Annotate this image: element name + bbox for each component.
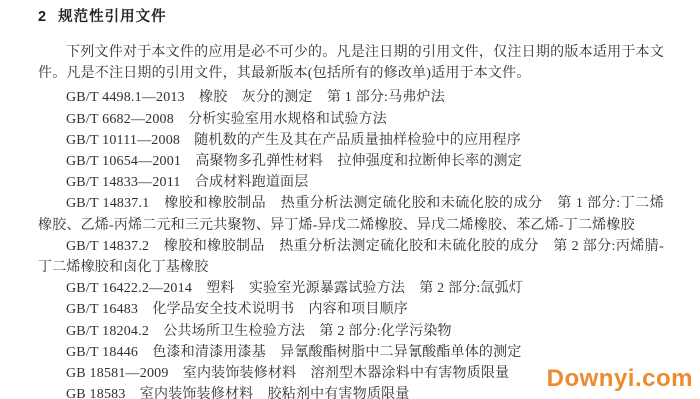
document-page: 2规范性引用文件 下列文件对于本文件的应用是必不可少的。凡是注日期的引用文件，仅… (0, 0, 700, 399)
references-list: GB/T 4498.1—2013 橡胶 灰分的测定 第 1 部分:马弗炉法 GB… (38, 87, 664, 399)
reference-item: GB/T 6682—2008 分析实验室用水规格和试验方法 (38, 109, 664, 130)
reference-item: GB/T 18204.2 公共场所卫生检验方法 第 2 部分:化学污染物 (38, 321, 664, 342)
reference-item: GB/T 16483 化学品安全技术说明书 内容和项目顺序 (38, 299, 664, 320)
reference-item: GB/T 14837.1 橡胶和橡胶制品 热重分析法测定硫化胶和未硫化胶的成分 … (38, 193, 664, 235)
section-heading: 2规范性引用文件 (38, 8, 664, 26)
page-content: 2规范性引用文件 下列文件对于本文件的应用是必不可少的。凡是注日期的引用文件，仅… (38, 8, 664, 399)
reference-item: GB/T 18446 色漆和清漆用漆基 异氰酸酯树脂中二异氰酸酯单体的测定 (38, 342, 664, 363)
reference-item: GB/T 16422.2—2014 塑料 实验室光源暴露试验方法 第 2 部分:… (38, 278, 664, 299)
reference-item: GB/T 10654—2001 高聚物多孔弹性材料 拉伸强度和拉断伸长率的测定 (38, 151, 664, 172)
watermark: Downyi.com (547, 367, 693, 391)
intro-paragraph: 下列文件对于本文件的应用是必不可少的。凡是注日期的引用文件，仅注日期的版本适用于… (38, 42, 664, 84)
reference-item: GB/T 10111—2008 随机数的产生及其在产品质量抽样检验中的应用程序 (38, 130, 664, 151)
reference-item: GB/T 14833—2011 合成材料跑道面层 (38, 172, 664, 193)
section-number: 2 (38, 9, 46, 25)
section-body: 下列文件对于本文件的应用是必不可少的。凡是注日期的引用文件，仅注日期的版本适用于… (38, 42, 664, 399)
reference-item: GB/T 4498.1—2013 橡胶 灰分的测定 第 1 部分:马弗炉法 (38, 87, 664, 108)
reference-item: GB/T 14837.2 橡胶和橡胶制品 热重分析法测定硫化胶和未硫化胶的成分 … (38, 236, 664, 278)
section-title: 规范性引用文件 (58, 9, 167, 25)
